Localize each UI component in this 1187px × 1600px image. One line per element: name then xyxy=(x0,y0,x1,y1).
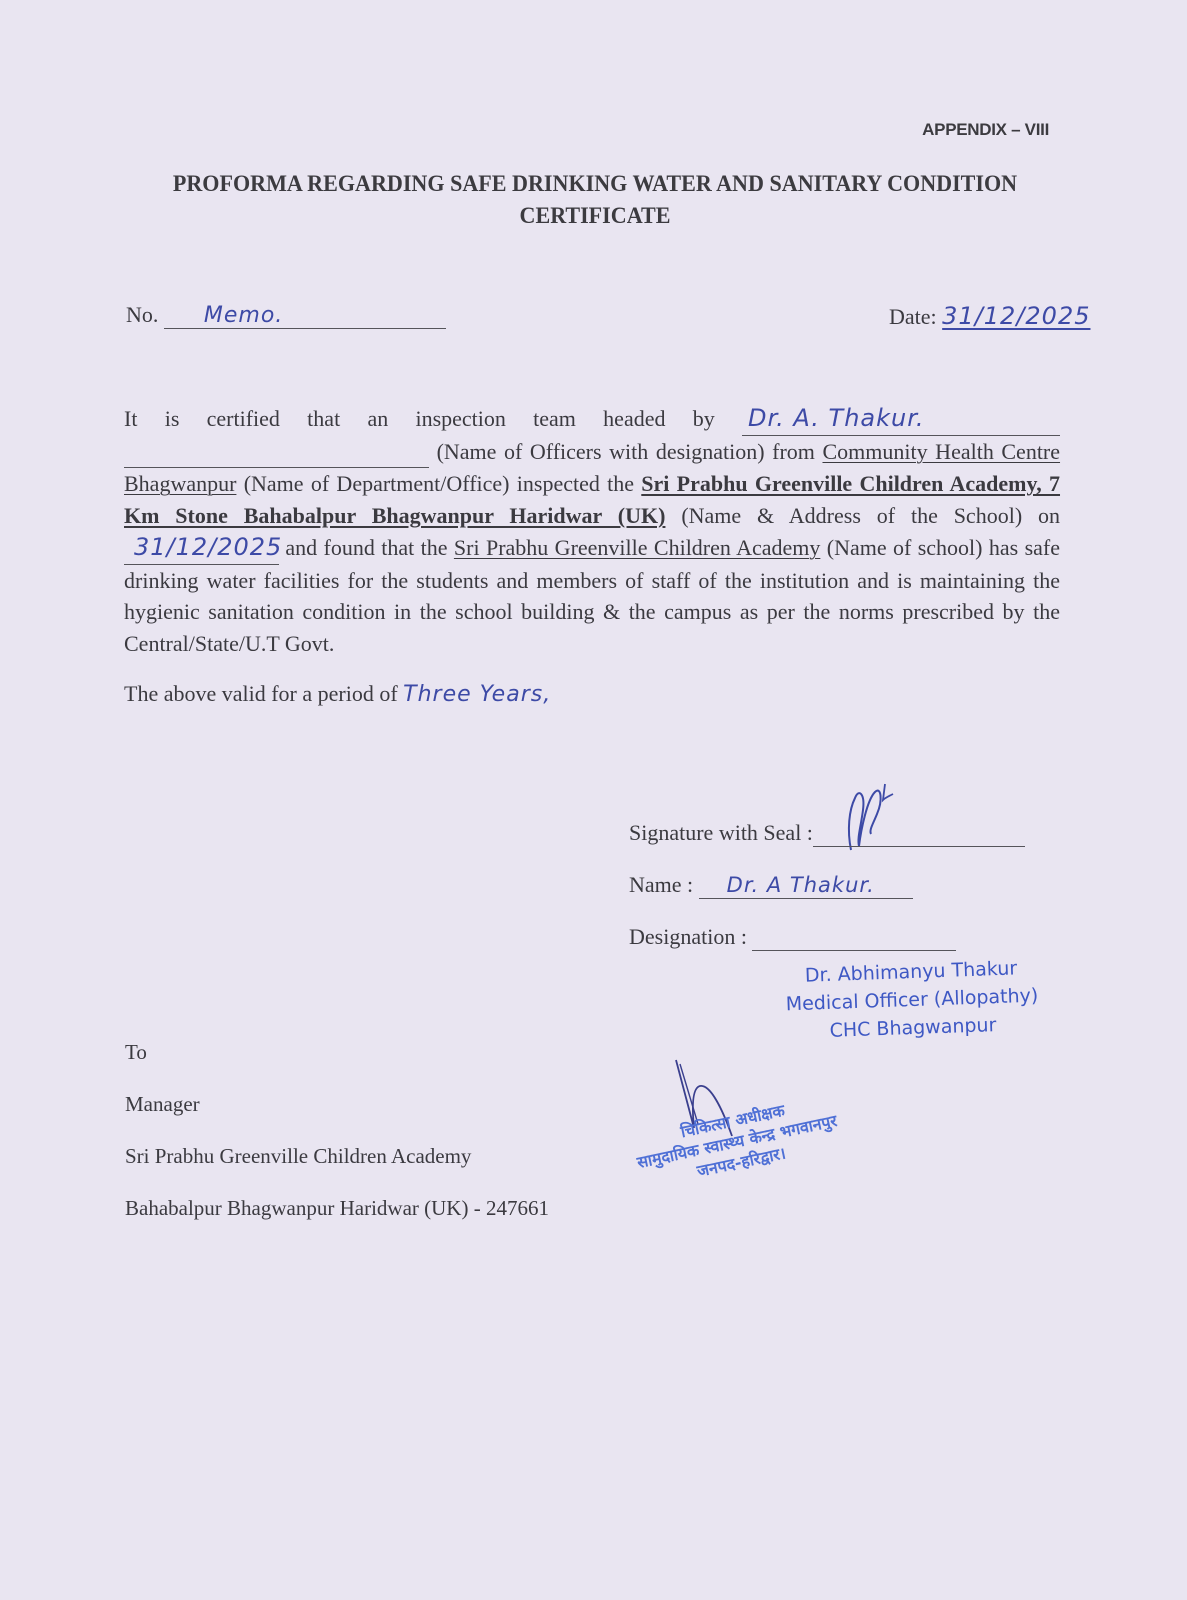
body-text-2: (Name of Officers with designation) from xyxy=(437,439,815,464)
inspection-date-value: 31/12/2025 xyxy=(134,533,282,561)
appendix-label: APPENDIX – VIII xyxy=(922,120,1049,140)
document-title: PROFORMA REGARDING SAFE DRINKING WATER A… xyxy=(120,168,1070,232)
no-label: No. xyxy=(126,302,158,327)
name-field[interactable]: Dr. A Thakur. xyxy=(699,872,913,899)
recipient-school: Sri Prabhu Greenville Children Academy xyxy=(125,1144,549,1196)
validity-row: The above valid for a period of Three Ye… xyxy=(124,681,551,707)
designation-label: Designation : xyxy=(629,924,747,949)
recipient-block: To Manager Sri Prabhu Greenville Childre… xyxy=(125,1040,549,1248)
inspection-date-field[interactable]: 31/12/2025 xyxy=(124,532,279,565)
headed-by-value: Dr. A. Thakur. xyxy=(748,404,925,432)
body-text-4: (Name & Address of the School) on xyxy=(681,503,1060,528)
body-text-5: and found that the xyxy=(285,535,447,560)
signature-block: Signature with Seal : Name : Dr. A Thaku… xyxy=(629,820,1025,976)
certificate-body: It is certified that an inspection team … xyxy=(124,403,1060,660)
body-text-1: It is certified that an inspection team … xyxy=(124,406,715,431)
recipient-address: Bahabalpur Bhagwanpur Haridwar (UK) - 24… xyxy=(125,1196,549,1248)
name-row: Name : Dr. A Thakur. xyxy=(629,872,1025,902)
validity-value[interactable]: Three Years, xyxy=(403,682,551,707)
memo-number-row: No. Memo. xyxy=(126,302,446,329)
no-value: Memo. xyxy=(204,303,283,328)
officer-blank-field[interactable] xyxy=(124,436,429,469)
name-value: Dr. A Thakur. xyxy=(727,873,875,897)
signature-row: Signature with Seal : xyxy=(629,820,1025,850)
date-row: Date: 31/12/2025 xyxy=(889,302,1090,330)
recipient-designation: Manager xyxy=(125,1092,549,1144)
body-text-3: (Name of Department/Office) inspected th… xyxy=(244,471,634,496)
signature-field[interactable] xyxy=(813,820,1025,847)
title-line-1: PROFORMA REGARDING SAFE DRINKING WATER A… xyxy=(120,168,1070,200)
officer-stamp: Dr. Abhimanyu Thakur Medical Officer (Al… xyxy=(771,953,1054,1047)
name-label: Name : xyxy=(629,872,693,897)
validity-label: The above valid for a period of xyxy=(124,681,398,706)
date-value[interactable]: 31/12/2025 xyxy=(942,302,1090,330)
school-name: Sri Prabhu Greenville Children Academy xyxy=(454,535,820,560)
date-label: Date: xyxy=(889,304,937,329)
no-field[interactable]: Memo. xyxy=(164,302,446,329)
signature-label: Signature with Seal : xyxy=(629,820,813,845)
designation-field[interactable] xyxy=(752,924,956,951)
headed-by-field[interactable]: Dr. A. Thakur. xyxy=(742,403,1060,436)
designation-row: Designation : xyxy=(629,924,1025,954)
title-line-2: CERTIFICATE xyxy=(120,200,1070,232)
recipient-to: To xyxy=(125,1040,549,1092)
